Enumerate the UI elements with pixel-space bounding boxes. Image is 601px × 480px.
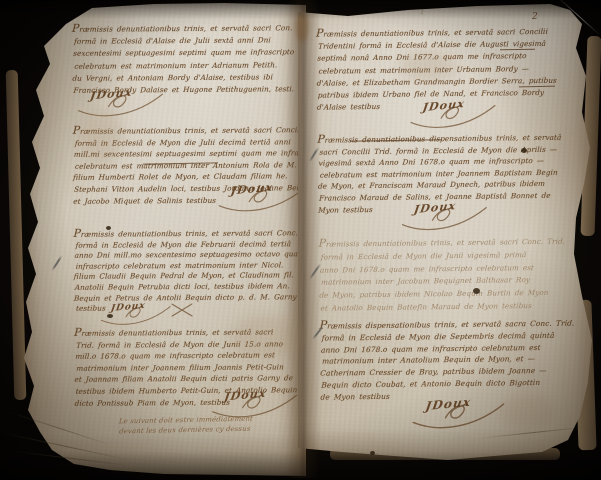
register-entry: Præmissis dispensationibus trinis, et se…: [320, 316, 595, 421]
ink-blot: [106, 226, 111, 230]
manuscript-line: Præmissis denuntiationibus trinis, et se…: [74, 325, 303, 339]
folio-number: 2: [532, 12, 538, 22]
register-entry: Præmissis denuntiationibus trinis, et se…: [316, 24, 591, 129]
ink-blot: [370, 451, 375, 455]
top-center-mark: 1: [420, 8, 424, 16]
register-entry: Præmissis denuntiationibus trinis, et se…: [72, 21, 301, 125]
priest-signature: JDoux: [398, 200, 490, 237]
archivist-note-line: devant les deux dernières cy dessus: [119, 424, 254, 436]
gutter-stain: [296, 12, 308, 42]
priest-signature: JDoux: [407, 97, 499, 134]
manuscript-page-left: Præmissis denuntiationibus trinis, et se…: [14, 2, 306, 476]
register-entry: Præmissis denuntiationibus trinis, et se…: [73, 123, 302, 227]
manuscript-line: sexcentesimi septuagesimi septimi quam m…: [73, 47, 301, 61]
priest-signature: JDoux: [409, 395, 509, 435]
cross-flourish-icon: [170, 302, 194, 318]
manuscript-scan: Præmissis denuntiationibus trinis, et se…: [0, 0, 601, 480]
register-entry: Præmissis denuntiationibus dispensationi…: [317, 130, 592, 235]
ink-blot: [107, 314, 113, 318]
manuscript-page-right: 1 2 Præmissis denuntiationibus trinis, e…: [298, 4, 598, 466]
page-stack-edge: [6, 70, 27, 400]
register-entry: Præmissis denuntiationibus trinis, et se…: [74, 325, 303, 429]
manuscript-line: Præmissis denuntiationibus trinis, et se…: [72, 123, 301, 137]
left-page-entries: Præmissis denuntiationibus trinis, et se…: [72, 21, 300, 23]
priest-signature: JDoux: [74, 86, 166, 123]
archivist-note: Le suivant doit estre immédiatement deva…: [119, 415, 253, 437]
priest-signature: JDoux: [215, 181, 307, 218]
manuscript-line: et Anatolio Bequin Battefin Maraud de My…: [320, 299, 594, 315]
ink-blot: [473, 288, 480, 294]
right-page-entries: Præmissis denuntiationibus trinis, et se…: [316, 24, 590, 27]
ink-blot: [521, 148, 527, 153]
